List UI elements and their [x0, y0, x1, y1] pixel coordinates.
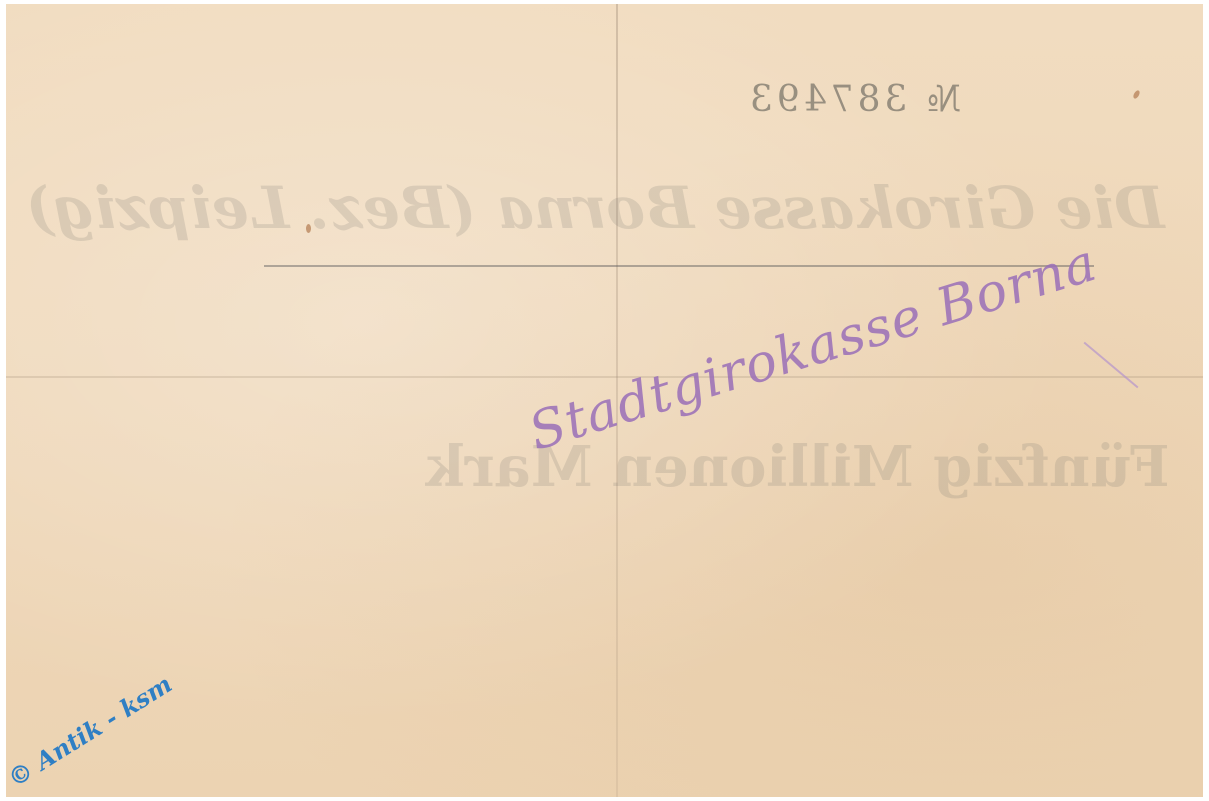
banknote-reverse: № 387493 Die Girokasse Borna (Bez. Leipz…: [6, 4, 1203, 797]
issuer-stamp: Stadtgirokasse Borna: [522, 233, 1104, 463]
stamp-stroke: [1084, 342, 1139, 389]
show-through-serial: № 387493: [746, 79, 961, 120]
paper-speck: [1132, 89, 1141, 99]
copyright-watermark: © Antik - ksm: [6, 669, 177, 793]
horizontal-fold-line: [6, 376, 1203, 378]
paper-speck: [306, 224, 311, 233]
show-through-issuer: Die Girokasse Borna (Bez. Leipzig): [26, 174, 1165, 242]
show-through-rule: [264, 265, 1094, 267]
